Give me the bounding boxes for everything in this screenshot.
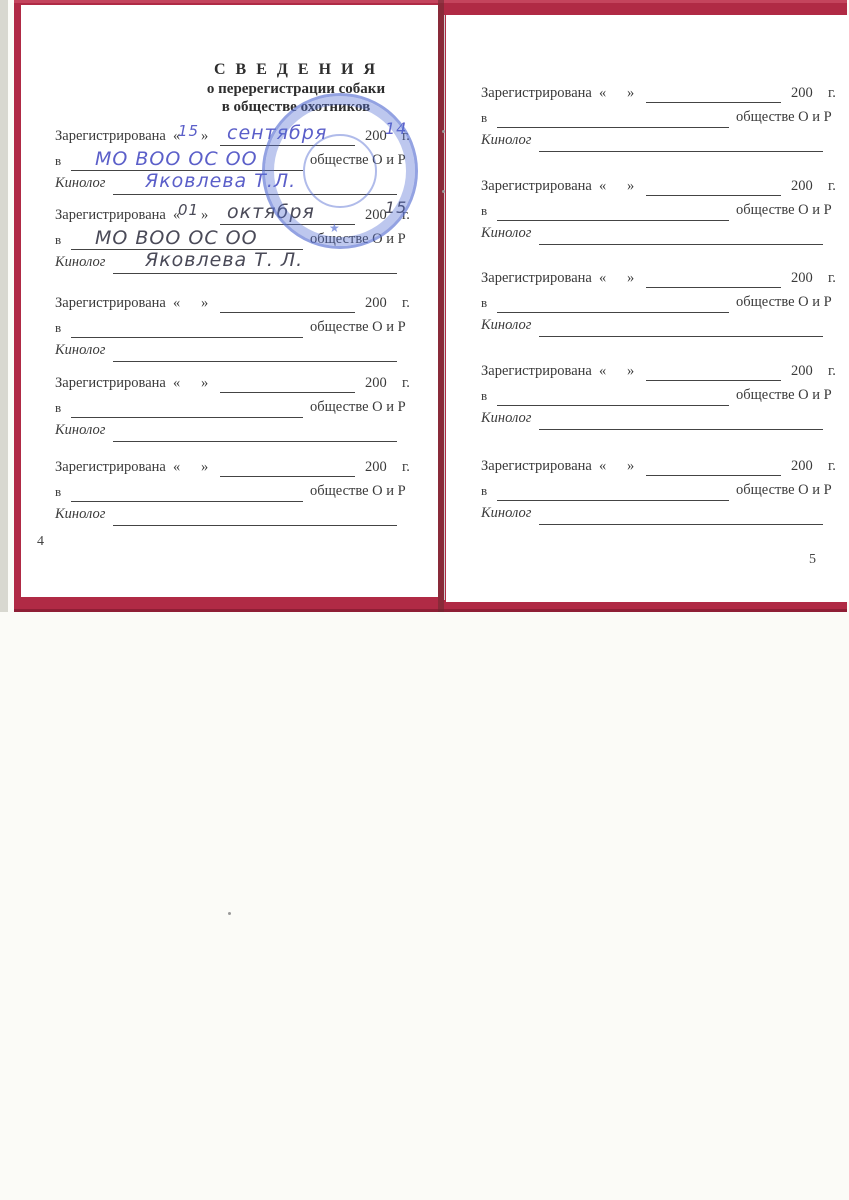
year-unit: г. [828,458,836,475]
society-suffix: обществе О и Р [310,483,406,500]
year-unit: г. [828,270,836,287]
page-gutter [444,15,445,600]
kinolog-field[interactable] [113,273,397,274]
registered-label: Зарегистрирована [481,85,592,102]
close-quote: » [627,85,634,102]
registered-label: Зарегистрирована [55,375,166,392]
scan-speck [442,190,445,193]
open-quote: « [599,85,606,102]
year-unit: г. [402,375,410,392]
in-label: в [55,153,61,169]
kinolog-label: Кинолог [55,422,105,439]
page-number: 4 [37,534,44,550]
handwritten-society: МО ВОО ОС ОО [95,227,258,249]
month-field[interactable] [220,476,355,477]
kinolog-field[interactable] [539,151,823,152]
page-subtitle-1: о перерегистрации собаки [146,81,446,98]
left-page: С В Е Д Е Н И Я о перерегистрации собаки… [21,5,438,597]
year-unit: г. [402,459,410,476]
month-field[interactable] [646,195,781,196]
kinolog-label: Кинолог [481,225,531,242]
year-prefix: 200 [791,178,813,195]
month-field[interactable] [646,287,781,288]
in-label: в [481,203,487,219]
month-field[interactable] [220,392,355,393]
registered-label: Зарегистрирована [481,363,592,380]
kinolog-label: Кинолог [55,175,105,192]
open-quote: « [599,363,606,380]
close-quote: » [627,178,634,195]
society-suffix: обществе О и Р [310,319,406,336]
month-field[interactable] [646,380,781,381]
close-quote: » [627,458,634,475]
star-icon: ★ [329,221,340,236]
in-label: в [481,388,487,404]
registered-label: Зарегистрирована [55,459,166,476]
registered-label: Зарегистрирована [55,128,166,145]
close-quote: » [201,459,208,476]
year-prefix: 200 [791,270,813,287]
society-field[interactable] [497,500,729,501]
month-field[interactable] [646,475,781,476]
society-suffix: обществе О и Р [736,482,832,499]
registered-label: Зарегистрирована [481,458,592,475]
kinolog-field[interactable] [113,525,397,526]
in-label: в [481,295,487,311]
kinolog-field[interactable] [539,429,823,430]
society-field[interactable] [71,417,303,418]
close-quote: » [201,128,208,145]
year-prefix: 200 [365,295,387,312]
in-label: в [55,232,61,248]
month-field[interactable] [220,312,355,313]
kinolog-label: Кинолог [481,317,531,334]
registered-label: Зарегистрирована [481,270,592,287]
close-quote: » [201,207,208,224]
society-suffix: обществе О и Р [736,109,832,126]
in-label: в [481,483,487,499]
handwritten-day: 15 [178,122,199,140]
close-quote: » [627,363,634,380]
page-number: 5 [809,552,816,568]
handwritten-society: МО ВОО ОС ОО [95,148,258,170]
scan-speck [228,912,231,915]
registered-label: Зарегистрирована [481,178,592,195]
society-field[interactable] [497,127,729,128]
year-unit: г. [828,363,836,380]
registered-label: Зарегистрирована [55,207,166,224]
kinolog-label: Кинолог [481,410,531,427]
society-field[interactable] [71,501,303,502]
open-quote: « [599,270,606,287]
open-quote: « [173,295,180,312]
kinolog-label: Кинолог [481,132,531,149]
year-unit: г. [828,178,836,195]
month-field[interactable] [646,102,781,103]
open-quote: « [173,459,180,476]
society-field[interactable] [497,220,729,221]
year-prefix: 200 [791,85,813,102]
in-label: в [55,484,61,500]
kinolog-field[interactable] [539,524,823,525]
society-suffix: обществе О и Р [736,294,832,311]
open-quote: « [599,178,606,195]
close-quote: » [201,295,208,312]
round-seal-stamp-icon: ★ [262,93,418,249]
kinolog-label: Кинолог [55,342,105,359]
in-label: в [55,320,61,336]
in-label: в [55,400,61,416]
year-prefix: 200 [365,375,387,392]
stamp-emblem [303,134,377,208]
scan-speck [442,130,445,133]
kinolog-field[interactable] [113,441,397,442]
handwritten-kinolog: Яковлева Т. Л. [145,249,303,271]
society-field[interactable] [497,312,729,313]
society-field[interactable] [71,337,303,338]
close-quote: » [201,375,208,392]
handwritten-day: 01 [178,201,199,219]
cover-edge [0,0,8,612]
year-prefix: 200 [791,363,813,380]
kinolog-field[interactable] [113,361,397,362]
year-unit: г. [828,85,836,102]
page-title: С В Е Д Е Н И Я [146,61,446,79]
close-quote: » [627,270,634,287]
society-suffix: обществе О и Р [310,399,406,416]
year-unit: г. [402,295,410,312]
kinolog-label: Кинолог [55,254,105,271]
year-prefix: 200 [791,458,813,475]
in-label: в [481,110,487,126]
kinolog-field[interactable] [539,244,823,245]
kinolog-label: Кинолог [481,505,531,522]
open-quote: « [173,375,180,392]
kinolog-field[interactable] [539,336,823,337]
open-quote: « [599,458,606,475]
registered-label: Зарегистрирована [55,295,166,312]
year-prefix: 200 [365,459,387,476]
society-field[interactable] [497,405,729,406]
society-suffix: обществе О и Р [736,387,832,404]
right-page: Зарегистрирована«»200г.вобществе О и РКи… [446,15,849,602]
kinolog-label: Кинолог [55,506,105,523]
society-suffix: обществе О и Р [736,202,832,219]
